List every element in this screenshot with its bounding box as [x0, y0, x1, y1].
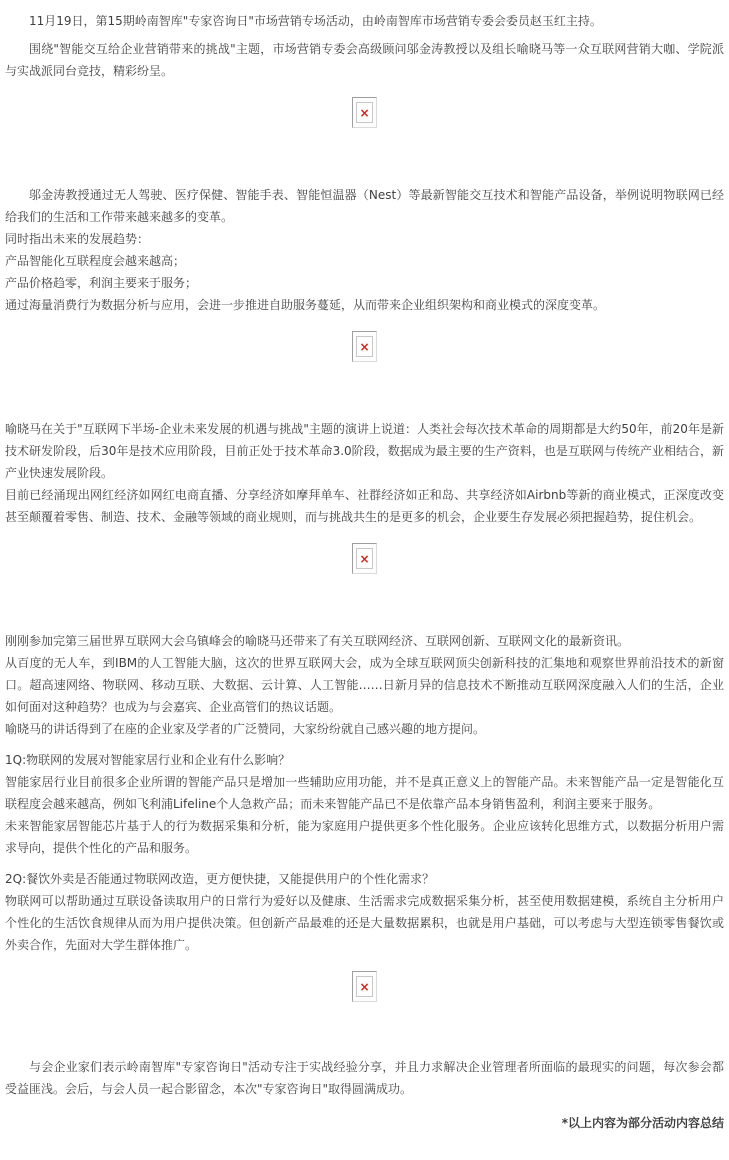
broken-image-inner-frame: × [356, 548, 373, 569]
broken-image-frame: × [352, 97, 377, 128]
paragraph-audience-response: 喻晓马的讲话得到了在座的企业家及学者的广泛赞同，大家纷纷就自己感兴趣的地方提问。 [5, 718, 724, 740]
paragraph-trend-2: 产品价格趋零，利润主要来于服务； [5, 272, 724, 294]
broken-image-inner-frame: × [356, 976, 373, 997]
qa-answer-1a: 智能家居行业目前很多企业所谓的智能产品只是增加一些辅助应用功能，并不是真正意义上… [5, 771, 724, 815]
paragraph-closing: 与会企业家们表示岭南智库"专家咨询日"活动专注于实战经验分享，并且力求解决企业管… [5, 1056, 724, 1100]
broken-image-icon: × [359, 107, 369, 119]
paragraph-wuzhen-summit: 刚刚参加完第三届世界互联网大会乌镇峰会的喻晓马还带来了有关互联网经济、互联网创新… [5, 630, 724, 652]
qa-question-2: 2Q:餐饮外卖是否能通过物联网改造，更方便快捷，又能提供用户的个性化需求？ [5, 868, 724, 890]
broken-image-placeholder-2: × [5, 331, 724, 362]
paragraph-trend-3: 通过海量消费行为数据分析与应用，会进一步推进自助服务蔓延，从而带来企业组织架构和… [5, 294, 724, 316]
paragraph-tech-trends: 从百度的无人车，到IBM的人工智能大脑，这次的世界互联网大会，成为全球互联网顶尖… [5, 652, 724, 718]
broken-image-icon: × [359, 341, 369, 353]
broken-image-icon: × [359, 981, 369, 993]
paragraph-theme: 围绕"智能交互给企业营销带来的挑战"主题，市场营销专委会高级顾问邬金涛教授以及组… [5, 38, 724, 82]
broken-image-frame: × [352, 331, 377, 362]
qa-answer-1b: 未来智能家居智能芯片基于人的行为数据采集和分析，能为家庭用户提供更多个性化服务。… [5, 815, 724, 859]
broken-image-inner-frame: × [356, 336, 373, 357]
article-page: 11月19日，第15期岭南智库"专家咨询日"市场营销专场活动，由岭南智库市场营销… [0, 0, 729, 1160]
broken-image-frame: × [352, 971, 377, 1002]
paragraph-speaker-wu: 邬金涛教授通过无人驾驶、医疗保健、智能手表、智能恒温器（Nest）等最新智能交互… [5, 184, 724, 228]
qa-question-1: 1Q:物联网的发展对智能家居行业和企业有什么影响？ [5, 749, 724, 771]
paragraph-trend-1: 产品智能化互联程度会越来越高； [5, 250, 724, 272]
broken-image-placeholder-3: × [5, 543, 724, 574]
broken-image-placeholder-1: × [5, 97, 724, 128]
paragraph-business-models: 目前已经涌现出网红经济如网红电商直播、分享经济如摩拜单车、社群经济如正和岛、共享… [5, 484, 724, 528]
broken-image-icon: × [359, 553, 369, 565]
footer-note: *以上内容为部分活动内容总结 [5, 1112, 724, 1134]
broken-image-placeholder-4: × [5, 971, 724, 1002]
paragraph-speaker-yu-speech: 喻晓马在关于"互联网下半场-企业未来发展的机遇与挑战"主题的演讲上说道：人类社会… [5, 418, 724, 484]
broken-image-frame: × [352, 543, 377, 574]
qa-answer-2: 物联网可以帮助通过互联设备读取用户的日常行为爱好以及健康、生活需求完成数据采集分… [5, 890, 724, 956]
broken-image-inner-frame: × [356, 102, 373, 123]
paragraph-intro-host: 11月19日，第15期岭南智库"专家咨询日"市场营销专场活动，由岭南智库市场营销… [5, 10, 724, 32]
paragraph-trends-heading: 同时指出未来的发展趋势： [5, 228, 724, 250]
